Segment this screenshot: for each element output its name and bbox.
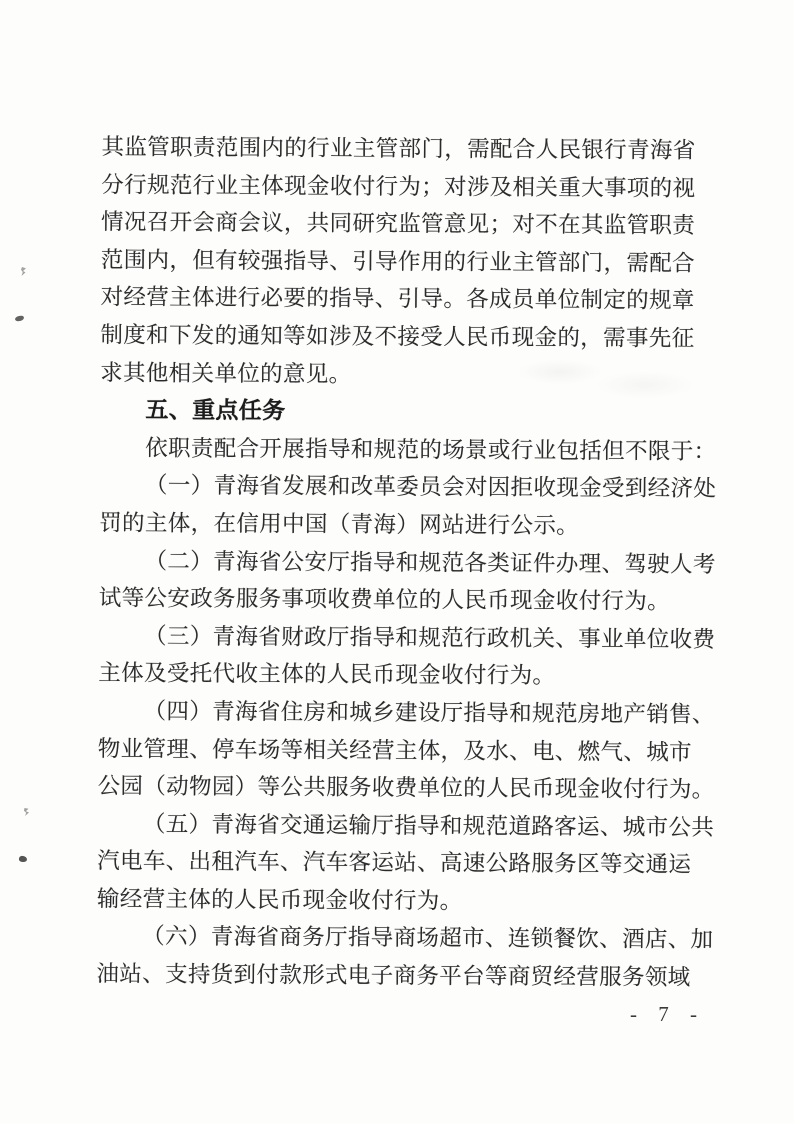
body-line: （五）青海省交通运输厅指导和规范道路客运、城市公共	[97, 805, 703, 846]
body-line: 制度和下发的通知等如涉及不接受人民币现金的，需事先征	[100, 316, 706, 357]
section-lead-line: 依职责配合开展指导和规范的场景或行业包括但不限于：	[100, 429, 706, 470]
body-line: （三）青海省财政厅指导和规范行政机关、事业单位收费	[98, 617, 704, 658]
body-line: 情况召开会商会议，共同研究监管意见；对不在其监管职责	[101, 203, 707, 244]
page-number: - 7 -	[630, 1002, 750, 1027]
list-item-4: （四）青海省住房和城乡建设厅指导和规范房地产销售、 物业管理、停车场等相关经营主…	[98, 692, 705, 808]
list-item-1: （一）青海省发展和改革委员会对因拒收现金受到经济处 罚的主体，在信用中国（青海）…	[99, 466, 705, 545]
body-line: （六）青海省商务厅指导商场超市、连锁餐饮、酒店、加	[97, 918, 703, 959]
body-line: 汽电车、出租汽车、汽车客运站、高速公路服务区等交通运	[97, 842, 703, 883]
body-line: 对经营主体进行必要的指导、引导。各成员单位制定的规章	[100, 279, 706, 320]
scan-artifact	[19, 855, 28, 862]
section-heading: 五、重点任务	[100, 391, 706, 432]
body-line: 求其他相关单位的意见。	[100, 354, 706, 395]
body-line: 油站、支持货到付款形式电子商务平台等商贸经营服务领域	[96, 955, 702, 996]
body-line: 试等公安政务服务事项收费单位的人民币现金收付行为。	[99, 579, 705, 620]
body-line: 罚的主体，在信用中国（青海）网站进行公示。	[99, 504, 705, 545]
scan-artifact	[24, 808, 29, 816]
body-line: 公园（动物园）等公共服务收费单位的人民币现金收付行为。	[98, 767, 704, 808]
list-item-3: （三）青海省财政厅指导和规范行政机关、事业单位收费 主体及受托代收主体的人民币现…	[98, 617, 704, 696]
body-line: 分行规范行业主体现金收付行为；对涉及相关重大事项的视	[101, 166, 707, 207]
list-item-5: （五）青海省交通运输厅指导和规范道路客运、城市公共 汽电车、出租汽车、汽车客运站…	[97, 805, 704, 921]
scan-artifact	[21, 267, 26, 276]
body-line: 主体及受托代收主体的人民币现金收付行为。	[98, 654, 704, 695]
list-item-2: （二）青海省公安厅指导和规范各类证件办理、驾驶人考 试等公安政务服务事项收费单位…	[99, 542, 705, 621]
scanned-document-page: 其监管职责范围内的行业主管部门，需配合人民银行青海省 分行规范行业主体现金收付行…	[0, 0, 794, 1123]
paragraph-continuation: 其监管职责范围内的行业主管部门，需配合人民银行青海省 分行规范行业主体现金收付行…	[100, 128, 708, 395]
document-body: 其监管职责范围内的行业主管部门，需配合人民银行青海省 分行规范行业主体现金收付行…	[96, 128, 707, 996]
body-line: （四）青海省住房和城乡建设厅指导和规范房地产销售、	[98, 692, 704, 733]
body-line: 输经营主体的人民币现金收付行为。	[97, 880, 703, 921]
list-item-6: （六）青海省商务厅指导商场超市、连锁餐饮、酒店、加 油站、支持货到付款形式电子商…	[96, 918, 702, 997]
body-line: （一）青海省发展和改革委员会对因拒收现金受到经济处	[99, 466, 705, 507]
body-line: 其监管职责范围内的行业主管部门，需配合人民银行青海省	[101, 128, 707, 169]
scan-artifact	[15, 315, 25, 322]
body-line: （二）青海省公安厅指导和规范各类证件办理、驾驶人考	[99, 542, 705, 583]
body-line: 物业管理、停车场等相关经营主体，及水、电、燃气、城市	[98, 730, 704, 771]
body-line: 范围内，但有较强指导、引导作用的行业主管部门，需配合	[101, 241, 707, 282]
